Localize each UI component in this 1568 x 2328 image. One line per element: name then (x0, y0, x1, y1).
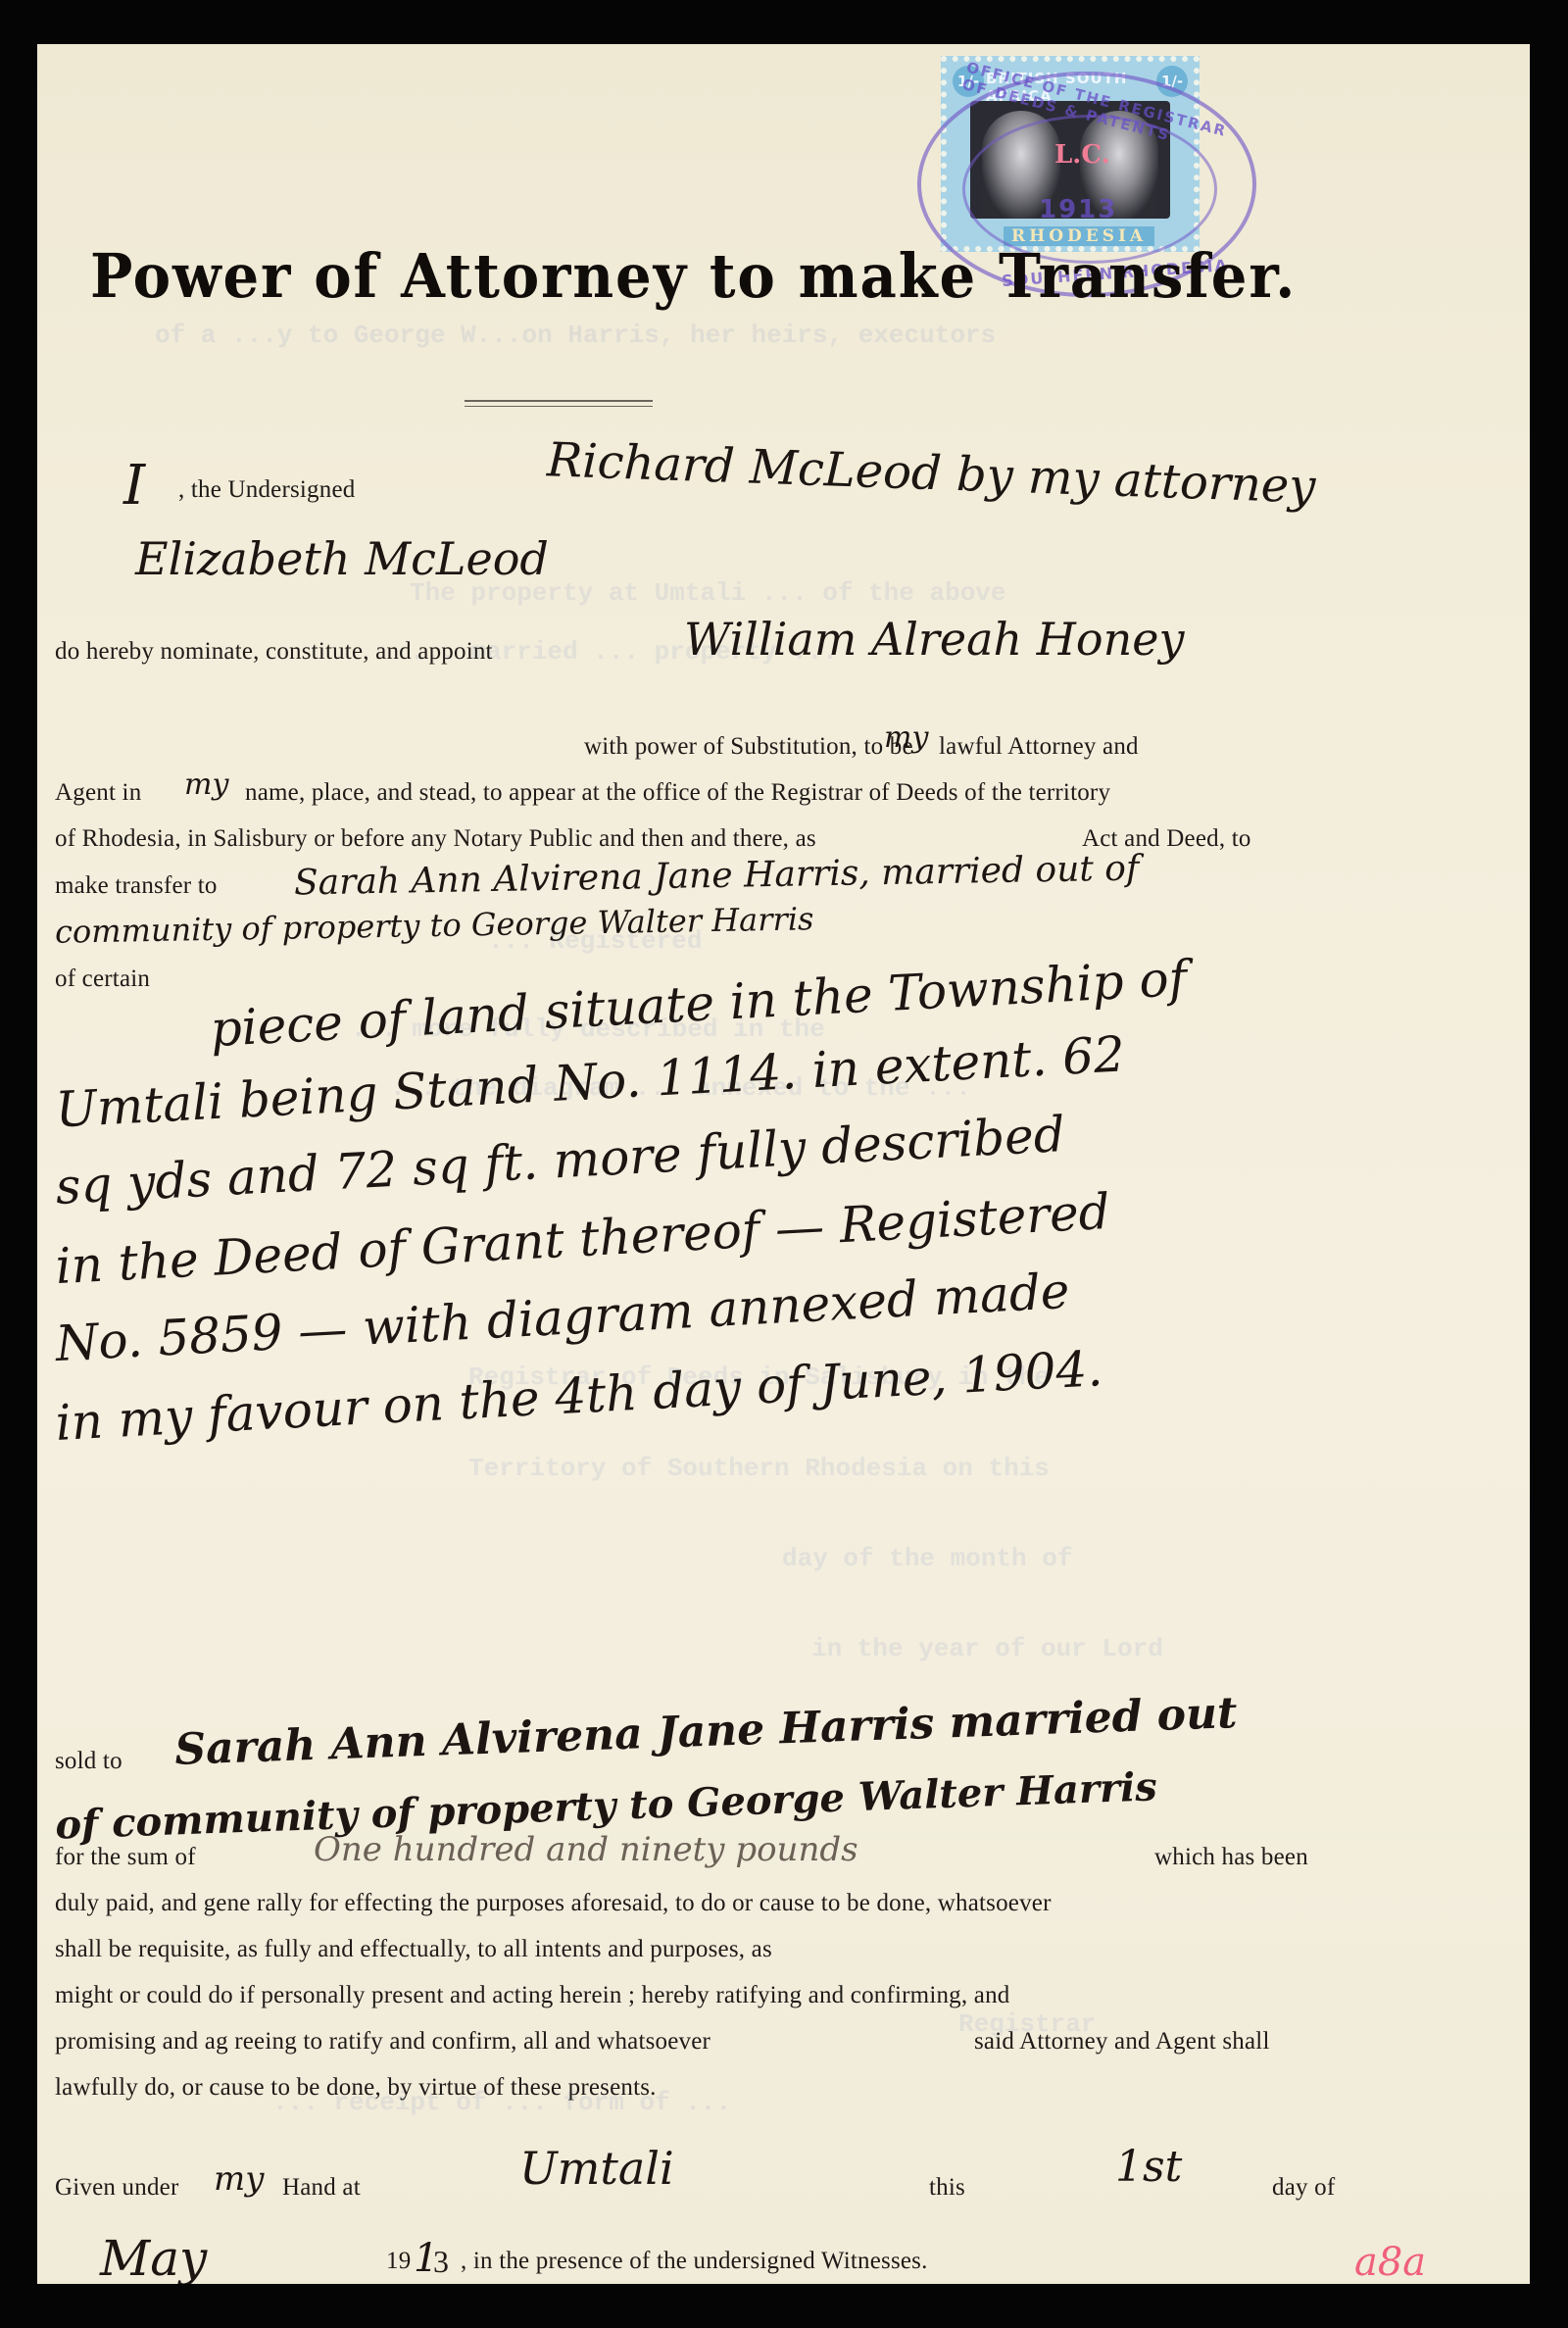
lawful-attorney-text: lawful Attorney and (939, 733, 1139, 761)
body-line: shall be requisite, as fully and effectu… (55, 1936, 772, 1963)
document-title: Power of Attorney to make Transfer. (90, 240, 1297, 312)
year-suffix[interactable]: 3 (433, 2244, 449, 2280)
body-line: promising and ag reeing to ratify and co… (55, 2028, 710, 2056)
ghost-text: in the year of our Lord (811, 1634, 1163, 1663)
place-signed[interactable]: Umtali (519, 2142, 674, 2195)
day-signed[interactable]: 1st (1115, 2142, 1182, 2192)
of-certain-label: of certain (55, 966, 150, 993)
buyer-name[interactable]: Sarah Ann Alvirena Jane Harris married o… (173, 1688, 1238, 1775)
pronoun-handwritten[interactable]: my (184, 768, 228, 802)
sum-label: for the sum of (55, 1844, 196, 1871)
month-signed[interactable]: May (100, 2230, 207, 2284)
margin-annotation: a8a (1354, 2240, 1426, 2284)
undersigned-label: , the Undersigned (178, 476, 355, 504)
registrar-text: name, place, and stead, to appear at the… (245, 779, 1110, 807)
pronoun-handwritten[interactable]: my (884, 720, 928, 755)
make-transfer-label: make transfer to (55, 872, 218, 900)
hand-at-text: Hand at (282, 2174, 361, 2202)
substitution-text: with power of Substitution, to be (584, 733, 913, 761)
ghost-text: Territory of Southern Rhodesia on this (468, 1454, 1050, 1483)
attorney-name[interactable]: William Alreah Honey (684, 613, 1184, 666)
transferee-name[interactable]: Sarah Ann Alvirena Jane Harris, married … (294, 848, 1140, 903)
witnesses-text: , in the presence of the undersigned Wit… (461, 2248, 928, 2275)
title-underline (465, 406, 653, 407)
body-line-tail: said Attorney and Agent shall (974, 2028, 1270, 2056)
grantor-name[interactable]: Richard McLeod by my attorney (546, 432, 1316, 514)
year-prefix: 19 (386, 2248, 411, 2275)
this-text: this (929, 2174, 965, 2202)
given-under-text: Given under (55, 2174, 178, 2202)
appoint-label: do hereby nominate, constitute, and appo… (55, 638, 493, 666)
document-page: of a ...y to George W...on Harris, her h… (37, 44, 1530, 2284)
which-has-been-text: which has been (1154, 1844, 1308, 1871)
pronoun-handwritten: I (123, 454, 145, 518)
ghost-text: of a ...y to George W...on Harris, her h… (155, 321, 996, 350)
sold-to-label: sold to (55, 1748, 122, 1775)
body-line: might or could do if personally present … (55, 1982, 1009, 2009)
grantor-name-cont[interactable]: Elizabeth McLeod (135, 532, 549, 585)
day-of-text: day of (1272, 2174, 1335, 2202)
body-line: lawfully do, or cause to be done, by vir… (55, 2074, 657, 2102)
pronoun-handwritten[interactable]: my (214, 2159, 264, 2199)
cancellation-date: 1913 (1039, 195, 1117, 224)
ghost-text: day of the month of (782, 1544, 1072, 1573)
agent-text: Agent in (55, 779, 141, 807)
body-line: duly paid, and gene rally for effecting … (55, 1890, 1052, 1917)
sum-amount[interactable]: One hundred and ninety pounds (314, 1830, 858, 1869)
rhodesia-text: of Rhodesia, in Salisbury or before any … (55, 825, 816, 853)
title-underline (465, 400, 653, 402)
